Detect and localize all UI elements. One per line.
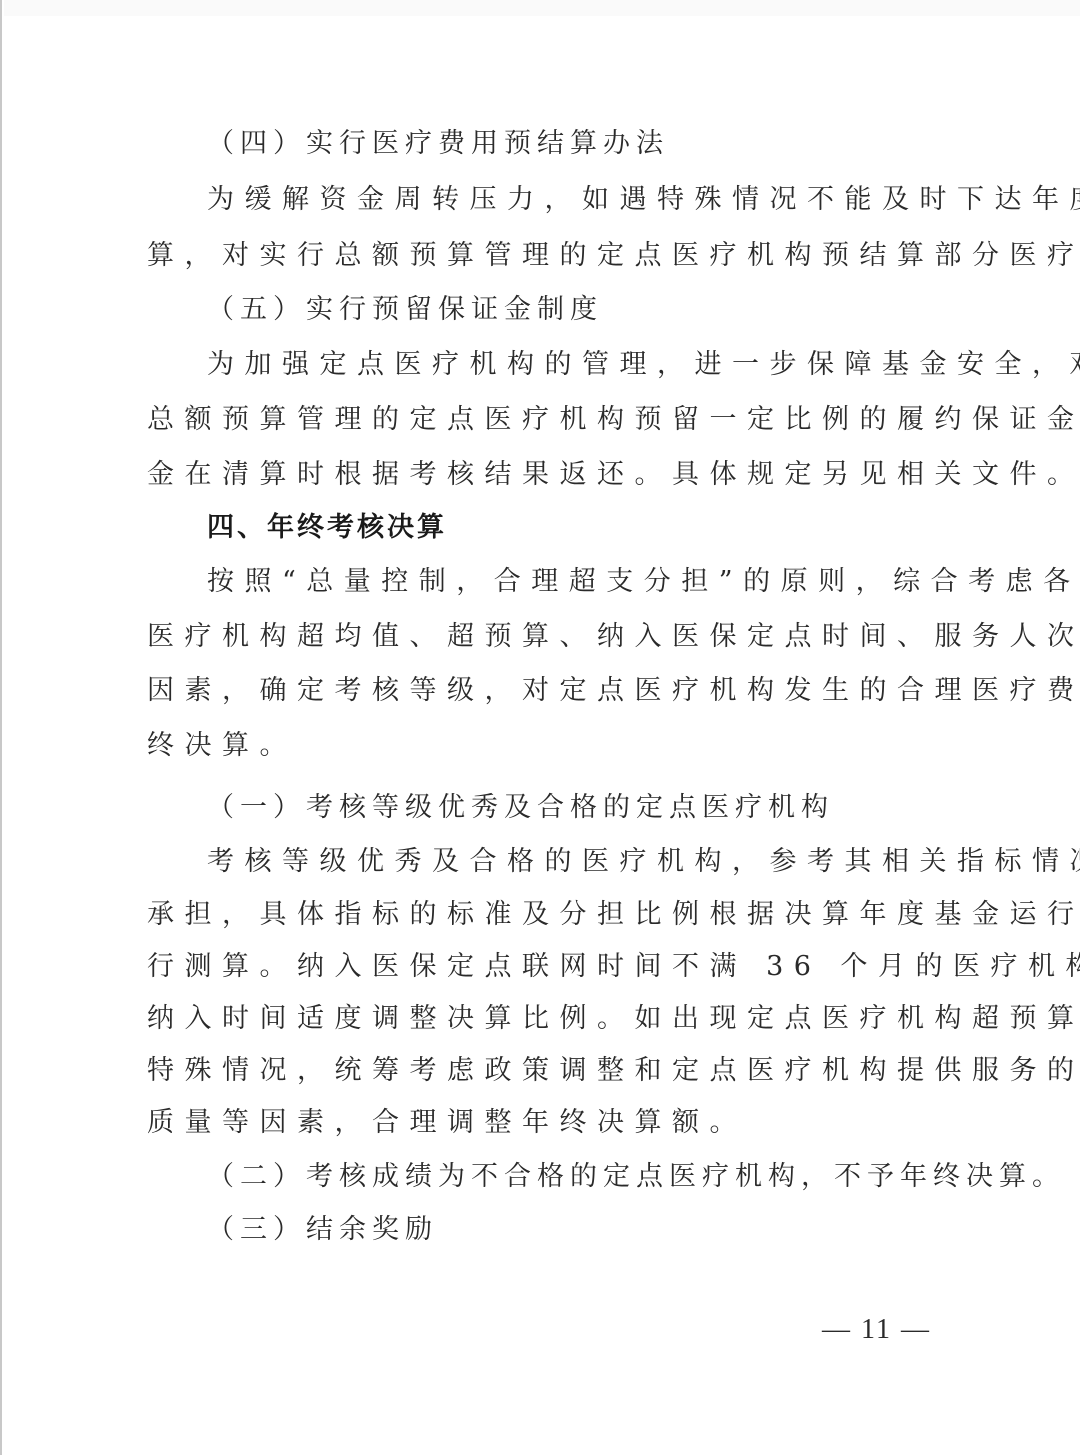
paragraph-line: 为缓解资金周转压力，如遇特殊情况不能及时下达年度预 [207, 180, 1017, 220]
paragraph-line: 总额预算管理的定点医疗机构预留一定比例的履约保证金，保证 [147, 400, 957, 440]
paragraph-line: 质量等因素，合理调整年终决算额。 [147, 1103, 957, 1143]
subheading-deposit: （五）实行预留保证金制度 [207, 290, 1017, 330]
paragraph-line: 行测算。纳入医保定点联网时间不满 36 个月的医疗机构，根据 [147, 947, 957, 987]
subheading-qualified-institutions: （一）考核等级优秀及合格的定点医疗机构 [207, 788, 1017, 828]
document-page: （四）实行医疗费用预结算办法 为缓解资金周转压力，如遇特殊情况不能及时下达年度预… [0, 0, 1080, 1455]
paragraph-line: 算，对实行总额预算管理的定点医疗机构预结算部分医疗费用。 [147, 236, 957, 276]
paragraph-line: 特殊情况，统筹考虑政策调整和定点医疗机构提供服务的数量、 [147, 1051, 957, 1091]
subheading-prepayment: （四）实行医疗费用预结算办法 [207, 124, 1017, 164]
paragraph-line: 承担，具体指标的标准及分担比例根据决算年度基金运行情况进 [147, 895, 957, 935]
paragraph-line: 纳入时间适度调整决算比例。如出现定点医疗机构超预算过多等 [147, 999, 957, 1039]
paragraph-line: 按照“总量控制，合理超支分担”的原则，综合考虑各定点 [207, 562, 1017, 602]
paragraph-line: 考核等级优秀及合格的医疗机构，参考其相关指标情况分段 [207, 842, 1017, 882]
top-edge-band [4, 0, 1080, 16]
heading-year-end-settlement: 四、年终考核决算 [207, 508, 1017, 548]
paragraph-line: 金在清算时根据考核结果返还。具体规定另见相关文件。 [147, 455, 957, 495]
paragraph-line: 为加强定点医疗机构的管理，进一步保障基金安全，对实行 [207, 345, 1017, 385]
subheading-surplus-reward: （三）结余奖励 [207, 1210, 1017, 1250]
page-number: — 11 — [822, 1314, 931, 1346]
paragraph-line: 医疗机构超均值、超预算、纳入医保定点时间、服务人次增长等 [147, 617, 957, 657]
subheading-unqualified-institutions: （二）考核成绩为不合格的定点医疗机构，不予年终决算。 [207, 1157, 1017, 1197]
paragraph-line: 终决算。 [147, 726, 957, 766]
paragraph-line: 因素，确定考核等级，对定点医疗机构发生的合理医疗费进行年 [147, 671, 957, 711]
